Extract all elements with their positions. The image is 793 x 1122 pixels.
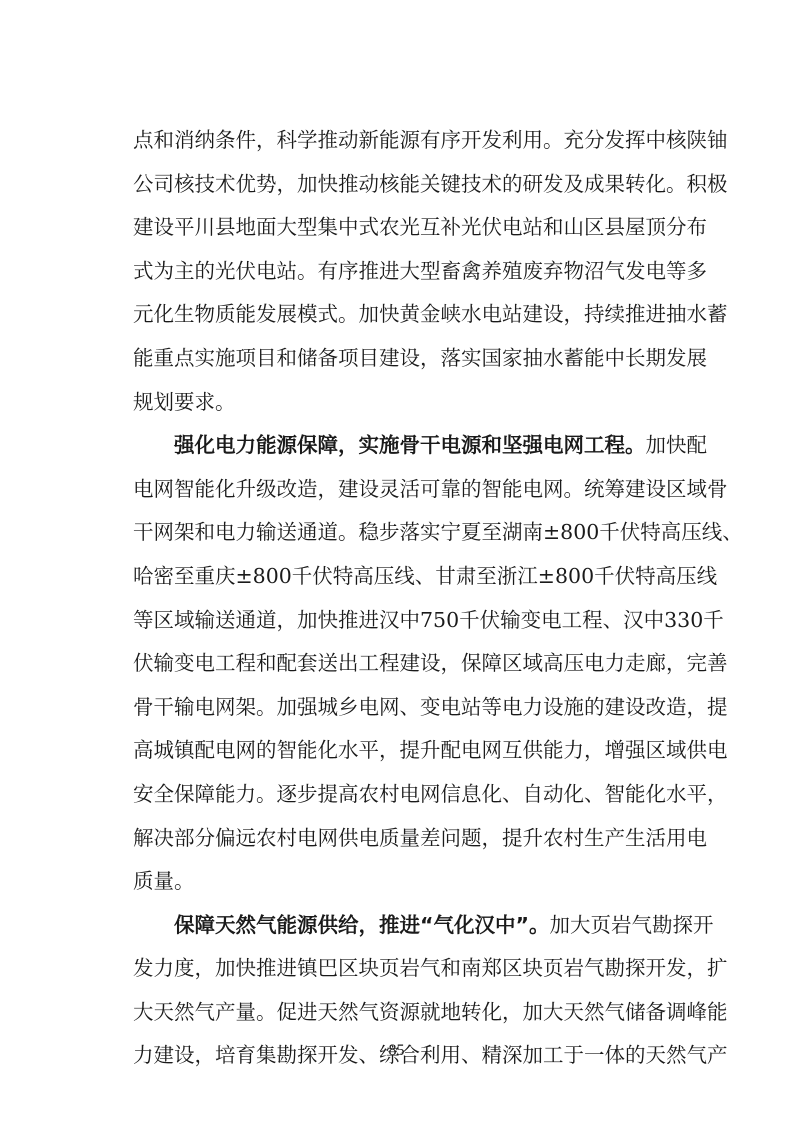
document-page: 点和消纳条件，科学推动新能源有序开发利用。充分发挥中核陕铀 公司核技术优势，加快… [0,0,793,1122]
text-line: 建设平川县地面大型集中式农光互补光伏电站和山区县屋顶分布 [133,206,699,250]
text-line: 大天然气产量。促进天然气资源就地转化，加大天然气储备调峰能 [133,991,699,1035]
text-line: 电网智能化升级改造，建设灵活可靠的智能电网。统筹建设区域骨 [133,468,699,512]
text-line: 伏输变电工程和配套送出工程建设，保障区域高压电力走廊，完善 [133,642,699,686]
paragraph-text: 加快配 [646,433,708,457]
text-line: 点和消纳条件，科学推动新能源有序开发利用。充分发挥中核陕铀 [133,119,699,163]
text-line: 能重点实施项目和储备项目建设，落实国家抽水蓄能中长期发展 [133,337,699,381]
text-line: 质量。 [133,860,699,904]
text-line: 高城镇配电网的智能化水平，提升配电网互供能力，增强区域供电 [133,729,699,773]
text-line: 安全保障能力。逐步提高农村电网信息化、自动化、智能化水平， [133,773,699,817]
paragraph-first-line: 强化电力能源保障，实施骨干电源和坚强电网工程。加快配 [133,424,699,468]
text-line: 等区域输送通道，加快推进汉中750千伏输变电工程、汉中330千 [133,599,699,643]
text-line: 发力度，加快推进镇巴区块页岩气和南郑区块页岩气勘探开发，扩 [133,947,699,991]
text-line: 元化生物质能发展模式。加快黄金峡水电站建设，持续推进抽水蓄 [133,293,699,337]
text-line: 式为主的光伏电站。有序推进大型畜禽养殖废弃物沼气发电等多 [133,250,699,294]
page-number: 85 [0,1042,793,1060]
text-line: 哈密至重庆±800千伏特高压线、甘肃至浙江±800千伏特高压线 [133,555,699,599]
text-line: 骨干输电网架。加强城乡电网、变电站等电力设施的建设改造，提 [133,686,699,730]
paragraph-text: 加大页岩气勘探开 [549,913,713,937]
text-line: 干网架和电力输送通道。稳步落实宁夏至湖南±800千伏特高压线、 [133,511,699,555]
text-line: 规划要求。 [133,381,699,425]
text-line: 公司核技术优势，加快推动核能关键技术的研发及成果转化。积极 [133,163,699,207]
paragraph-heading: 强化电力能源保障，实施骨干电源和坚强电网工程。 [174,433,646,457]
paragraph-new-energy: 点和消纳条件，科学推动新能源有序开发利用。充分发挥中核陕铀 公司核技术优势，加快… [133,119,699,424]
paragraph-power-security: 强化电力能源保障，实施骨干电源和坚强电网工程。加快配 电网智能化升级改造，建设灵… [133,424,699,904]
body-text: 点和消纳条件，科学推动新能源有序开发利用。充分发挥中核陕铀 公司核技术优势，加快… [133,119,699,1078]
text-line: 解决部分偏远农村电网供电质量差问题，提升农村生产生活用电 [133,817,699,861]
paragraph-first-line: 保障天然气能源供给，推进“气化汉中”。加大页岩气勘探开 [133,904,699,948]
paragraph-heading: 保障天然气能源供给，推进“气化汉中”。 [174,913,549,937]
